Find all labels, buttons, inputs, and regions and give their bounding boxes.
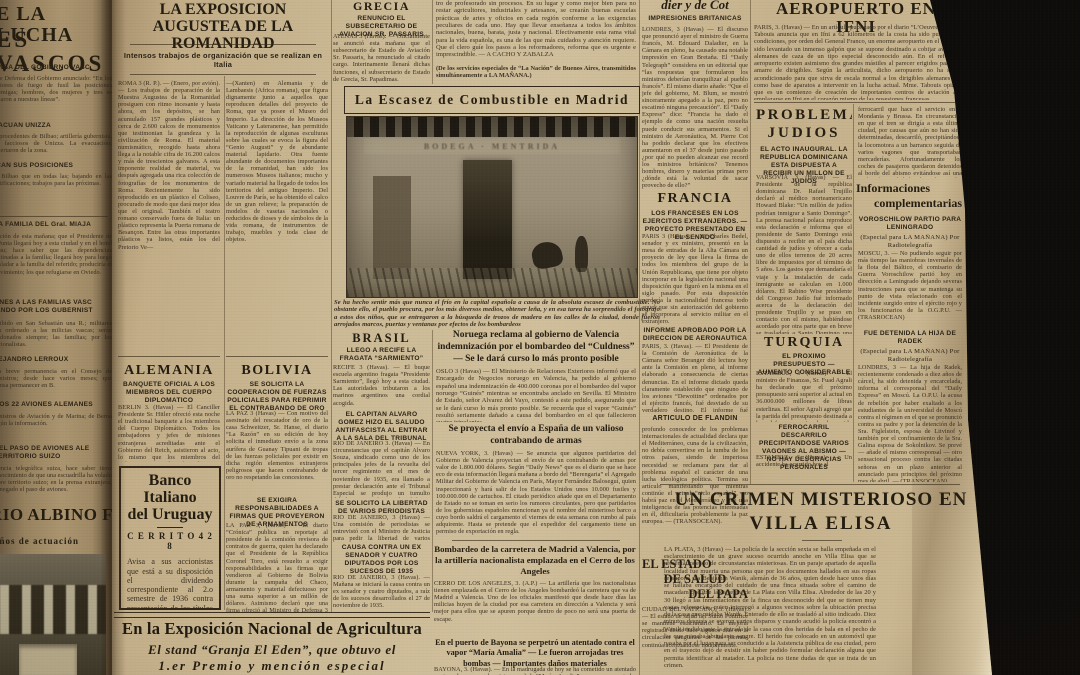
brasil-item-0-body: RECIFE 3 (Havas). — El buque escuela arg… xyxy=(333,364,430,410)
crimen-headline-line1: UN CRIMEN MISTERIOSO EN xyxy=(660,490,982,510)
banco-ad: Banco Italiano del Uruguay C E R R I T O… xyxy=(119,466,221,610)
left-item-5-body: una breve permanencia en el Consejo de M… xyxy=(0,368,112,398)
educacion-body: tro de profesorado sin procesos. En su l… xyxy=(436,0,636,64)
bolivia-headline: BOLIVIA xyxy=(226,364,328,379)
crimen-body: LA PLATA, 3 (Havas) — La policía de la s… xyxy=(664,546,876,672)
brasil-headline: BRASIL xyxy=(333,332,430,345)
voroshilov-head: VOROSCHILOW PARTIO PARA LENINGRADO xyxy=(858,216,962,232)
bayona-body: BAYONA, 3. (Havas). — En la madrugada de… xyxy=(434,666,636,675)
contrabando-body: NUEVA YORK, 3. (Havas) — Se anuncia que … xyxy=(436,450,636,536)
alemania-headline: ALEMANIA xyxy=(118,364,220,379)
crimen-headline-line2: VILLA ELISA xyxy=(660,514,982,534)
left-group-photo-table xyxy=(19,644,77,675)
bombardeo-headline: Bombardeo de la carretera de Madrid a Va… xyxy=(434,544,636,577)
radek-body: LONDRES, 3 — La hija de Radek, recientem… xyxy=(858,364,962,482)
left-item-0-head: ENSA DEL GOBIERNO VASC xyxy=(0,64,112,72)
voroshilov-body: MOSCU, 3. — No pudiendo seguir por más t… xyxy=(858,250,962,328)
problemas-headline-line1: PROBLEMAS xyxy=(756,108,852,124)
augustea-body-col1: ROMA 3 (R. P.). — (Enero, por avión). — … xyxy=(118,80,220,352)
photo-vignette xyxy=(347,117,637,297)
noruega-body: OSLO 3 (Havas) — El Ministerio de Relaci… xyxy=(436,368,636,422)
banco-ad-line2: del Uruguay xyxy=(127,507,213,524)
alemania-subhead: BANQUETE OFICIAL A LOS MIEMBROS DEL CUER… xyxy=(118,381,220,405)
problemas-headline-line2: JUDIOS xyxy=(756,126,852,142)
bayona-headline: En el puerto de Bayona se perpetró un at… xyxy=(434,638,636,669)
informaciones-headline-line1: Informaciones xyxy=(856,182,962,195)
funes-headline: RIO ALBINO FUNES xyxy=(0,506,112,524)
crimen-body-col2 xyxy=(880,546,984,672)
bolivia-body2: LA PAZ 3, (Havas) — El diario “Crónica” … xyxy=(226,522,328,612)
francia-body2: PARIS, 3. (Havas). — El Presidente de la… xyxy=(642,343,748,413)
brasil-item-2-body: RIO DE JANEIRO, 3 (Havas) — Una comisión… xyxy=(333,514,430,542)
photo-title-box: La Escasez de Combustible en Madrid xyxy=(344,86,640,114)
left-item-7-head: DEL PASO DE AVIONES ALE TERRITORIO SUIZO xyxy=(0,445,112,461)
educacion-credit: (De los servicios especiales de “La Naci… xyxy=(436,65,636,81)
turquia-body2: ESTAMBUL, 3 (Havas). — Un accidente ha o… xyxy=(756,454,852,480)
photo-caption: Se ha hecho sentir más que nunca el frío… xyxy=(334,299,660,333)
contrabando-headline: Se proyecta el envío a España de un vali… xyxy=(436,424,636,448)
bombardeo-body: CERRO DE LOS ANGELES, 3. (A.P.) — La art… xyxy=(434,580,636,636)
grecia-body: ATENAS 3 (Havas). — Oficialmente se anun… xyxy=(333,33,430,83)
turquia-body1: ESTAMBUL, 3 (Havas). — El ministro de Fi… xyxy=(756,370,852,422)
left-item-5-head: LEJANDRO LERROUX xyxy=(0,356,112,364)
radek-head: FUE DETENIDA LA HIJA DE RADEK xyxy=(858,330,962,346)
bolivia-body1: LA PAZ 3 (Havas) — Con motivo del asesin… xyxy=(226,410,328,494)
daladier-kicker: IMPRESIONES BRITANICAS xyxy=(642,15,748,23)
augustea-subhead: Intensos trabajos de organización que se… xyxy=(120,52,326,70)
left-item-4-body: recibido en San Sebastián una R.; milita… xyxy=(0,320,112,354)
informaciones-headline-line2: complementarias xyxy=(856,197,962,210)
left-item-3-body: edición de esta mañana; que el President… xyxy=(0,233,112,295)
daladier-body: LONDRES, 3 (Havas) — El discurso que pro… xyxy=(642,26,748,190)
augustea-body-col2: —(Xanten) en Alemania y de Lambaesis (Af… xyxy=(226,80,328,352)
francia-headline: FRANCIA xyxy=(642,192,748,207)
noruega-headline: Noruega reclama al gobierno de Valencia … xyxy=(436,330,636,366)
brasil-item-3-head: CAUSA CONTRA UN EX SENADOR Y CUATRO DIPU… xyxy=(333,544,430,576)
main-page: LA EXPOSICION AUGUSTEA DE LA ROMANIDAD I… xyxy=(112,0,1000,675)
left-item-3-head: LA FAMILIA DEL Gral. MIAJA xyxy=(0,221,112,229)
left-page-strip: E LA LUCHA ES VASCOS ENSA DEL GOBIERNO V… xyxy=(0,0,112,675)
left-item-1-body: es procedentes de Bilbao; artillería gub… xyxy=(0,133,112,159)
francia-body1: PARIS 3 (Havas) — M. Charles Bedel, sena… xyxy=(642,233,748,325)
brasil-item-1-body: RIO DE JANEIRO 3. (Havas) — En circunsta… xyxy=(333,440,430,498)
left-item-6-body: Ministros de Aviación y de Marina; de Be… xyxy=(0,413,112,431)
brasil-item-1-head: EL CAPITAN ALVARO GOMEZ HIZO EL SALUDO A… xyxy=(333,411,430,443)
left-item-1-head: VACUAN UNIZZA xyxy=(0,122,112,130)
brasil-item-3-body: RIO DE JANEIRO, 3 (Havas). — Mañana se i… xyxy=(333,574,430,612)
newspaper-photo: E LA LUCHA ES VASCOS ENSA DEL GOBIERNO V… xyxy=(0,0,1080,675)
alemania-body: BERLIN 3. (Havas) — El Canciller Preside… xyxy=(118,404,220,462)
expo-banner-headline: En la Exposición Nacional de Agricultura xyxy=(114,620,430,638)
banco-ad-address: C E R R I T O 4 2 8 xyxy=(127,532,213,551)
left-item-6-head: GOS 22 AVIONES ALEMANES xyxy=(0,401,112,409)
turquia-headline: TURQUIA xyxy=(756,336,852,351)
funes-subhead: años de actuación xyxy=(0,537,112,546)
francia-subhead3: ARTICULO DE FLANDIN xyxy=(642,415,748,423)
ferrocarril-cont-body: ferrocarril que hace el servicio entre M… xyxy=(858,106,962,178)
left-group-photo xyxy=(0,554,106,675)
voroshilov-credit: (Especial para LA MAÑANA) Por Radioteleg… xyxy=(858,234,962,250)
left-group-photo-figures xyxy=(0,585,106,633)
bolivia-subhead1: SE SOLICITA LA COOPERACION DE FUERZAS PO… xyxy=(226,381,328,413)
left-item-2-body: de Bilbao que en todas las; bajando en l… xyxy=(0,173,112,213)
radek-credit: (Especial para LA MAÑANA) Por Radioteleg… xyxy=(858,348,962,364)
page-fold-shadow xyxy=(100,0,126,675)
daladier-headline-fragment: dier y de Cot xyxy=(642,0,748,12)
left-item-0-body: a de Defensa del Gobierno anunciado: “En… xyxy=(0,75,112,119)
left-item-7-body: agencia telegráfica suiza, hace saber ti… xyxy=(0,465,112,505)
left-item-4-head: ONES A LAS FAMILIAS VASC IENDO POR LOS G… xyxy=(0,299,112,315)
problemas-body: VARSOVIA 3 (Havas) — El Presidente de la… xyxy=(756,174,852,334)
francia-subhead2: INFORME APROBADO POR LA DIRECCION DE AER… xyxy=(642,327,748,343)
left-item-2-head: ICAN SUS POSICIONES xyxy=(0,162,112,170)
expo-banner-subhead2: 1.er Premio y mención especial xyxy=(118,658,426,674)
madrid-photo: BODEGA · MENTRIDA xyxy=(346,116,638,298)
banco-ad-body: Avisa a sus accionistas que está a su di… xyxy=(127,557,213,610)
aeropuerto-body: PARIS, 3. (Havas) — En un artículo publi… xyxy=(754,24,958,100)
brasil-item-0-head: LLEGO A RECIFE LA FRAGATA “SARMIENTO” xyxy=(333,347,430,363)
banco-ad-line1: Banco Italiano xyxy=(127,473,213,507)
grecia-headline: GRECIA xyxy=(333,0,430,13)
expo-banner-subhead1: El stand “Granja El Eden”, que obtuvo el xyxy=(118,642,426,658)
